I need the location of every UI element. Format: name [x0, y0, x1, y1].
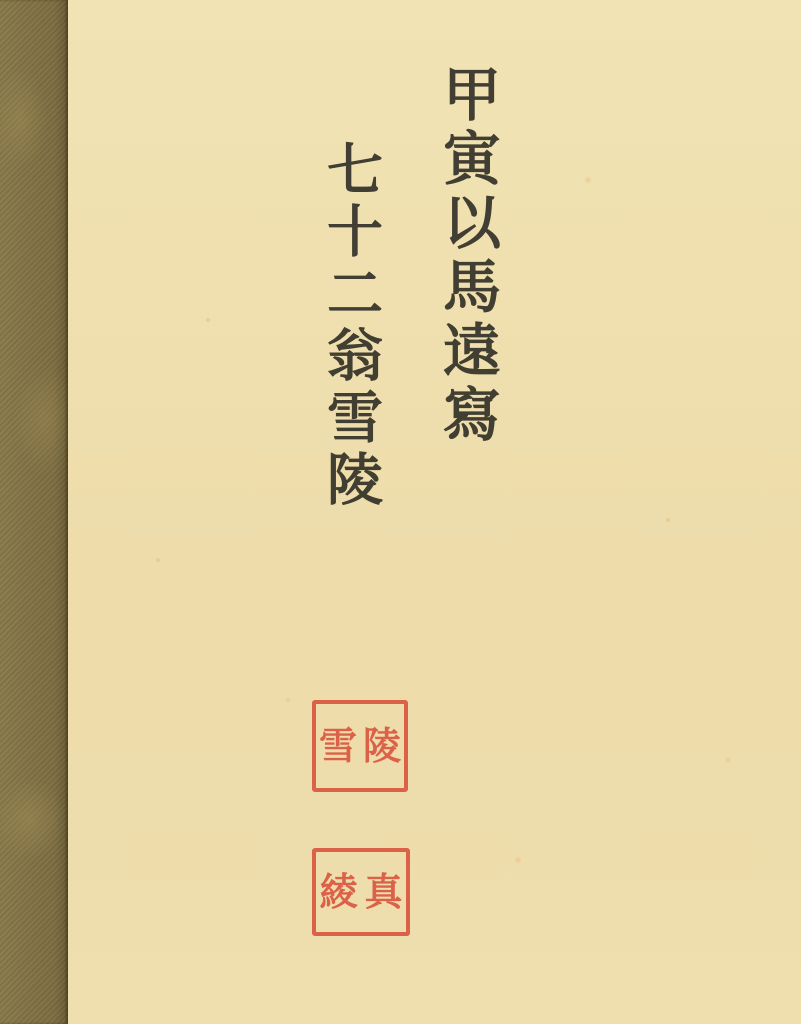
seal-upper-char-left: 雪 [319, 727, 357, 765]
inscription-column-right: 甲寅以馬遠寫 [432, 64, 502, 448]
seal-upper: 陵 雪 [312, 700, 408, 792]
seal-lower-char-right: 真 [364, 873, 402, 911]
inscription-column-left: 七十二翁雪陵 [316, 140, 386, 512]
seal-lower-char-left: 綾 [319, 873, 357, 911]
brocade-mounting-border [0, 0, 68, 1024]
seal-upper-char-right: 陵 [363, 727, 401, 765]
seal-lower: 真 綾 [312, 848, 410, 936]
